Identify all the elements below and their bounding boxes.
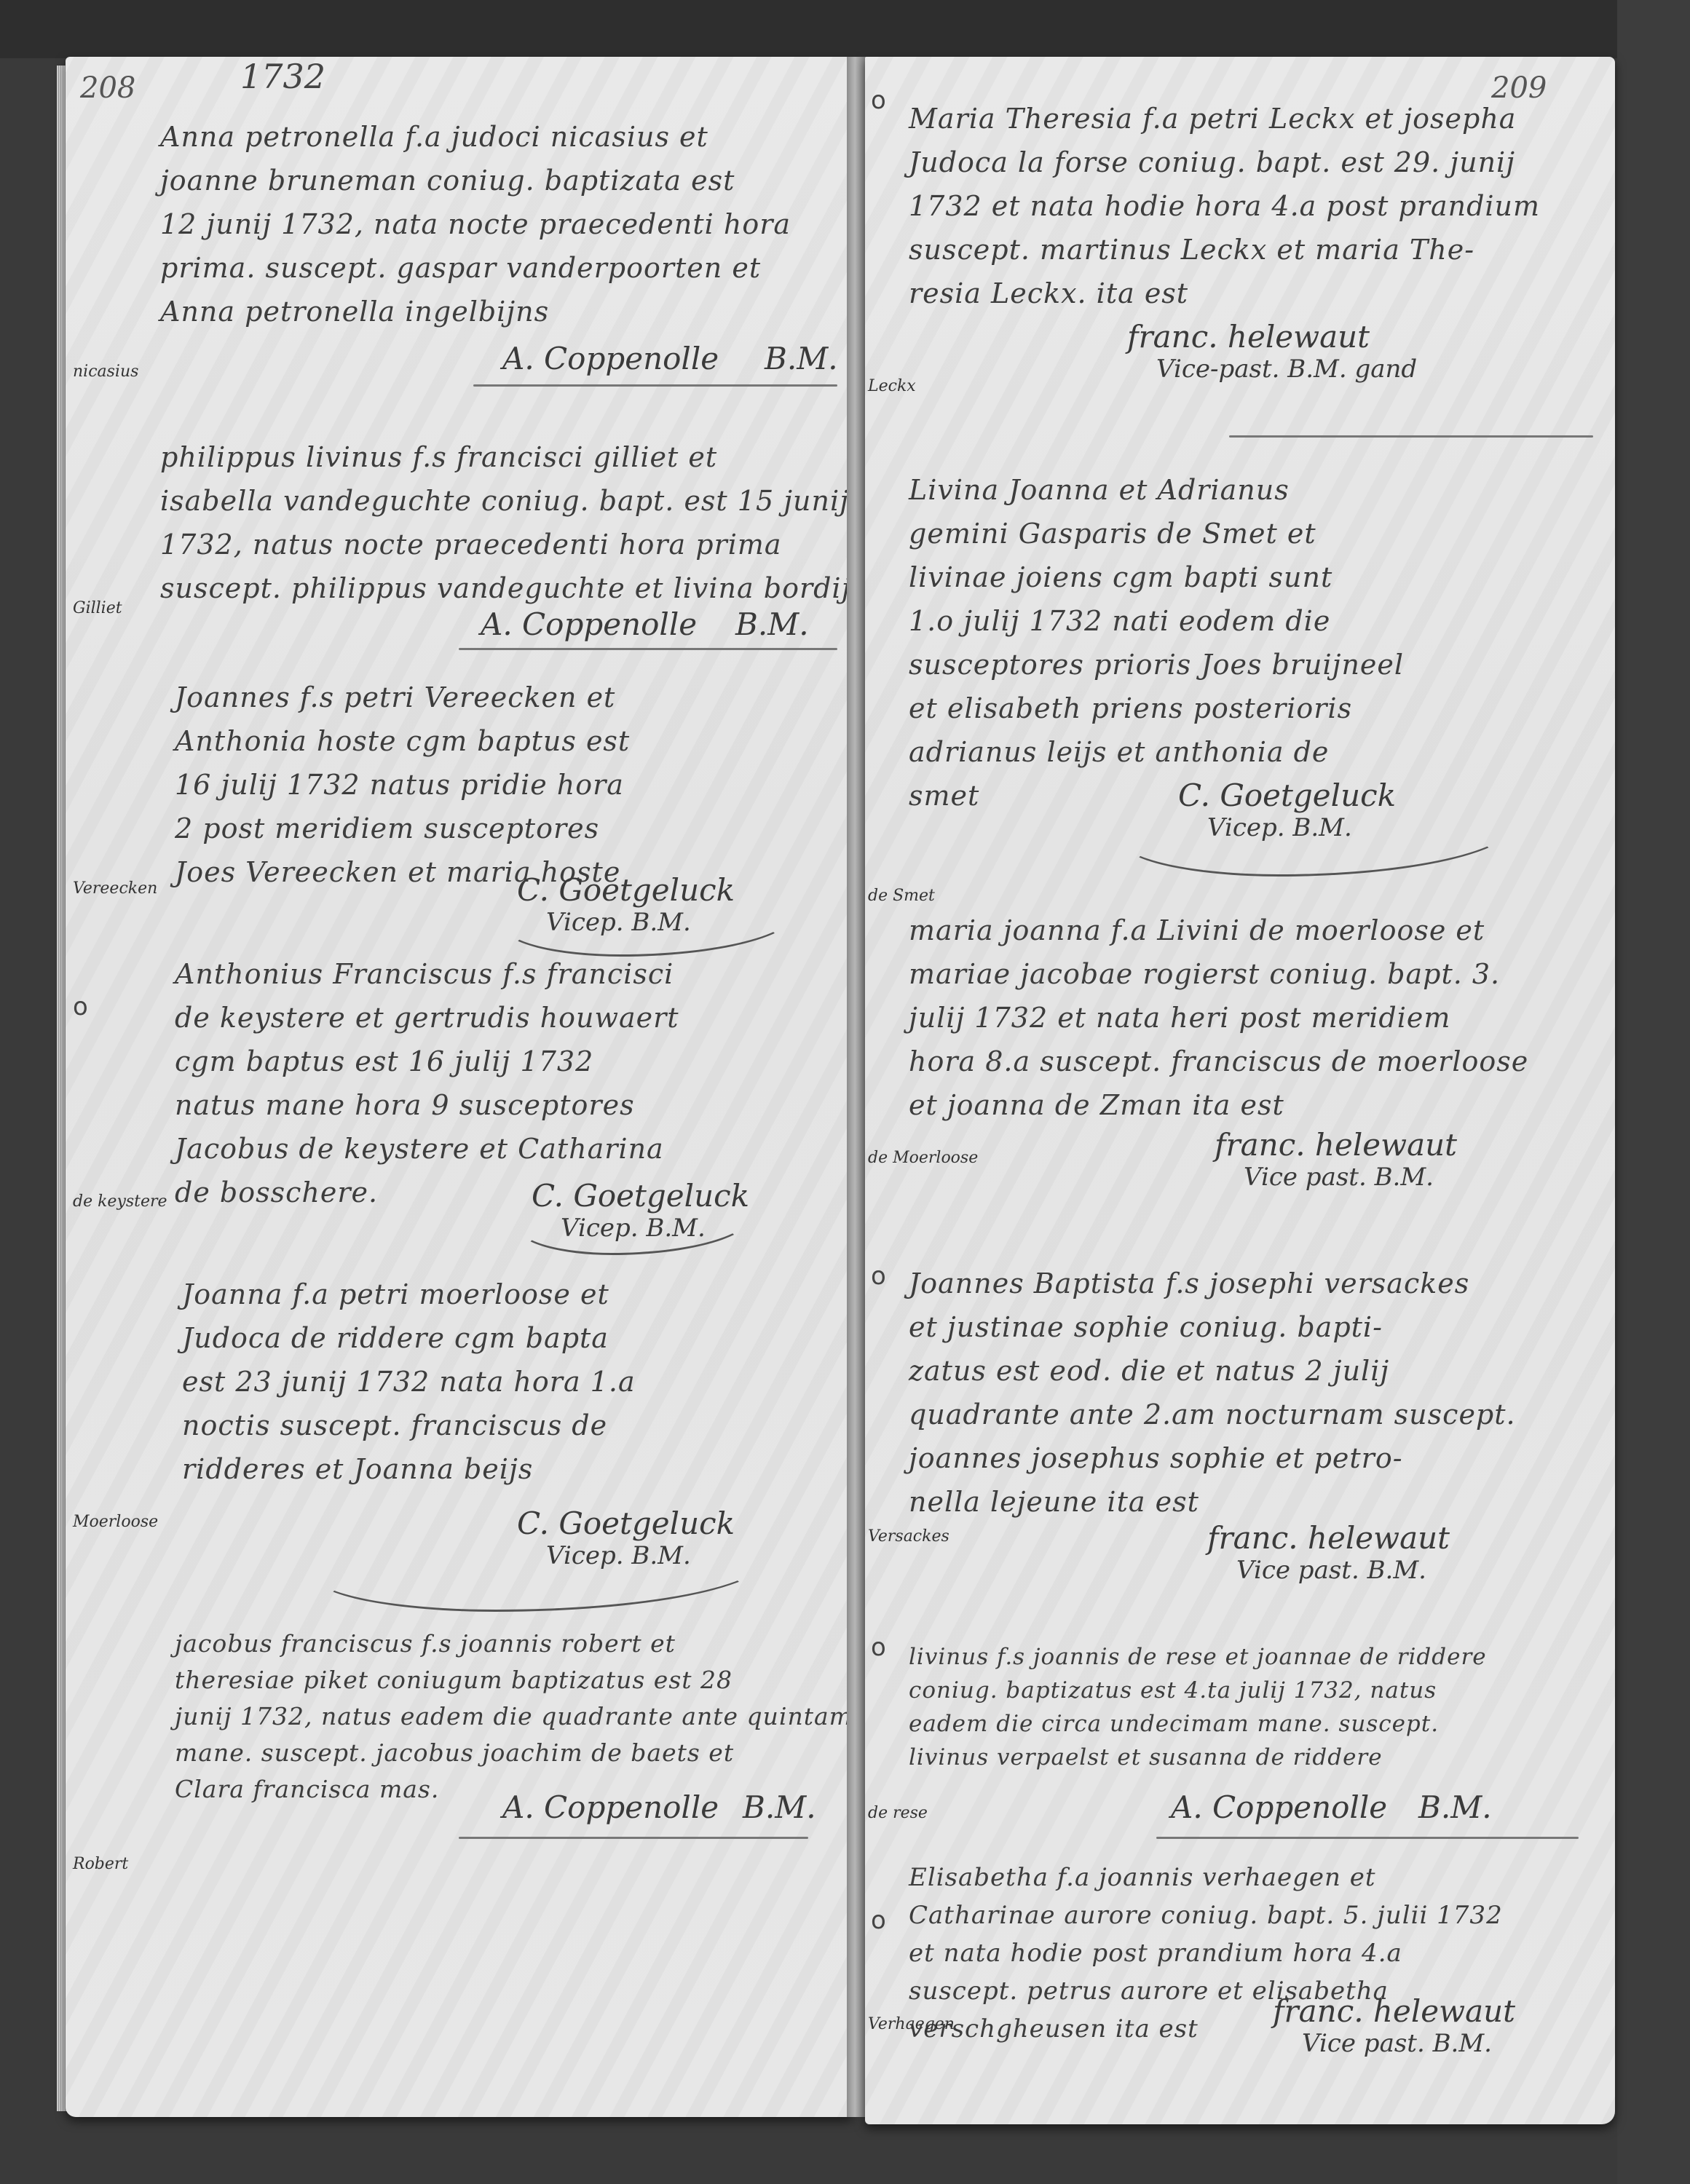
entry-line: Elisabetha f.a joannis verhaegen et bbox=[909, 1859, 1503, 1896]
entry-line: Anthonia hoste cgm baptus est bbox=[175, 719, 630, 763]
entry-line: Jacobus de keystere et Catharina bbox=[175, 1127, 679, 1171]
circle-mark-icon: o bbox=[871, 1633, 886, 1662]
entry-divider bbox=[459, 1837, 808, 1839]
entry-line: Anna petronella f.a judoci nicasius et bbox=[160, 115, 791, 159]
signature-flourish bbox=[517, 1185, 754, 1255]
circle-mark-icon: o bbox=[871, 86, 886, 115]
baptism-entry: Joannes f.s petri Vereecken et Anthonia … bbox=[175, 676, 630, 894]
entry-line: et nata hodie post prandium hora 4.a bbox=[909, 1934, 1503, 1972]
entry-line: theresiae piket coniugum baptizatus est … bbox=[175, 1662, 852, 1698]
entry-line: livinae joiens cgm bapti sunt bbox=[909, 555, 1404, 599]
entry-line: 1732, natus nocte praecedenti hora prima bbox=[160, 523, 852, 566]
entry-line: Joanna f.a petri moerloose et bbox=[182, 1273, 636, 1316]
margin-surname: de Moerloose bbox=[868, 1149, 978, 1167]
priest-signature: franc. helewaut Vice past. B.M. bbox=[1273, 1993, 1515, 2058]
entry-line: Livina Joanna et Adrianus bbox=[909, 468, 1404, 512]
entry-divider bbox=[473, 384, 837, 387]
priest-signature: A. Coppenolle bbox=[502, 341, 719, 376]
circle-mark-icon: o bbox=[871, 1906, 886, 1935]
entry-line: Joannes f.s petri Vereecken et bbox=[175, 676, 630, 719]
entry-line: quadrante ante 2.am nocturnam suscept. bbox=[909, 1393, 1516, 1436]
entry-line: Judoca la forse coniug. bapt. est 29. ju… bbox=[909, 141, 1540, 184]
margin-surname: Vereecken bbox=[73, 879, 157, 898]
entry-line: joanne bruneman coniug. baptizata est bbox=[160, 159, 791, 202]
baptism-entry: jacobus franciscus f.s joannis robert et… bbox=[175, 1626, 852, 1808]
entry-divider bbox=[1156, 1837, 1579, 1839]
entry-line: julij 1732 et nata heri post meridiem bbox=[909, 996, 1528, 1040]
entry-line: 12 junij 1732, nata nocte praecedenti ho… bbox=[160, 202, 791, 246]
entry-line: suscept. philippus vandeguchte et livina… bbox=[160, 566, 852, 610]
margin-surname: de keystere bbox=[73, 1192, 167, 1211]
baptism-entry: philippus livinus f.s francisci gilliet … bbox=[160, 435, 852, 610]
signature-flourish bbox=[502, 879, 798, 957]
entry-line: et justinae sophie coniug. bapti- bbox=[909, 1305, 1516, 1349]
signature-title: B.M. bbox=[743, 1789, 816, 1825]
margin-surname: de rese bbox=[868, 1804, 928, 1822]
priest-signature: A. Coppenolle bbox=[1171, 1789, 1387, 1825]
baptism-entry: Joanna f.a petri moerloose et Judoca de … bbox=[182, 1273, 636, 1491]
baptism-entry: Joannes Baptista f.s josephi versackes e… bbox=[909, 1262, 1516, 1524]
entry-line: philippus livinus f.s francisci gilliet … bbox=[160, 435, 852, 479]
left-page: 208 1732 Anna petronella f.a judoci nica… bbox=[66, 57, 852, 2117]
baptism-entry: Livina Joanna et Adrianus gemini Gaspari… bbox=[909, 468, 1404, 818]
baptism-entry: Maria Theresia f.a petri Leckx et joseph… bbox=[909, 97, 1540, 315]
margin-surname: nicasius bbox=[73, 363, 138, 381]
entry-line: mane. suscept. jacobus joachim de baets … bbox=[175, 1735, 852, 1771]
entry-divider bbox=[1229, 435, 1593, 438]
margin-surname: Robert bbox=[73, 1855, 128, 1873]
entry-line: jacobus franciscus f.s joannis robert et bbox=[175, 1626, 852, 1662]
entry-line: livinus verpaelst et susanna de riddere bbox=[909, 1741, 1487, 1774]
priest-signature: A. Coppenolle bbox=[481, 606, 697, 642]
margin-surname: Verhaegen bbox=[868, 2015, 955, 2033]
entry-line: zatus est eod. die et natus 2 julij bbox=[909, 1349, 1516, 1393]
entry-line: eadem die circa undecimam mane. suscept. bbox=[909, 1707, 1487, 1741]
entry-line: hora 8.a suscept. franciscus de moerloos… bbox=[909, 1040, 1528, 1083]
entry-divider bbox=[459, 648, 837, 650]
entry-line: ridderes et Joanna beijs bbox=[182, 1447, 636, 1491]
entry-line: et elisabeth priens posterioris bbox=[909, 687, 1404, 730]
entry-line: Joannes Baptista f.s josephi versackes bbox=[909, 1262, 1516, 1305]
scanner-backdrop-top bbox=[0, 0, 1690, 58]
entry-line: coniug. baptizatus est 4.ta julij 1732, … bbox=[909, 1674, 1487, 1707]
baptism-entry: Anthonius Franciscus f.s francisci de ke… bbox=[175, 952, 679, 1214]
margin-surname: Gilliet bbox=[73, 599, 122, 617]
entry-line: noctis suscept. franciscus de bbox=[182, 1404, 636, 1447]
entry-line: natus mane hora 9 susceptores bbox=[175, 1083, 679, 1127]
signature-flourish bbox=[313, 1520, 769, 1612]
signature-title: B.M. bbox=[765, 341, 838, 376]
entry-line: et joanna de Zman ita est bbox=[909, 1083, 1528, 1127]
signature-flourish bbox=[1120, 785, 1517, 877]
margin-surname: Versackes bbox=[868, 1527, 949, 1546]
entry-line: suscept. martinus Leckx et maria The- bbox=[909, 228, 1540, 272]
page-number: 208 bbox=[80, 71, 135, 105]
entry-line: joannes josephus sophie et petro- bbox=[909, 1436, 1516, 1480]
margin-surname: Moerloose bbox=[73, 1513, 158, 1531]
entry-line: junij 1732, natus eadem die quadrante an… bbox=[175, 1698, 852, 1735]
baptism-entry: livinus f.s joannis de rese et joannae d… bbox=[909, 1640, 1487, 1774]
entry-line: maria joanna f.a Livini de moerloose et bbox=[909, 909, 1528, 952]
entry-line: Judoca de riddere cgm bapta bbox=[182, 1316, 636, 1360]
year-heading: 1732 bbox=[240, 57, 325, 96]
entry-line: mariae jacobae rogierst coniug. bapt. 3. bbox=[909, 952, 1528, 996]
entry-line: Anthonius Franciscus f.s francisci bbox=[175, 952, 679, 996]
entry-line: livinus f.s joannis de rese et joannae d… bbox=[909, 1640, 1487, 1674]
priest-signature: franc. helewaut Vice past. B.M. bbox=[1207, 1520, 1450, 1585]
entry-line: isabella vandeguchte coniug. bapt. est 1… bbox=[160, 479, 852, 523]
entry-line: 1.o julij 1732 nati eodem die bbox=[909, 599, 1404, 643]
signature-title: B.M. bbox=[1418, 1789, 1492, 1825]
entry-line: Anna petronella ingelbijns bbox=[160, 290, 791, 333]
entry-line: Catharinae aurore coniug. bapt. 5. julii… bbox=[909, 1896, 1503, 1934]
book-gutter bbox=[847, 57, 867, 2117]
baptism-entry: maria joanna f.a Livini de moerloose et … bbox=[909, 909, 1528, 1127]
priest-signature: franc. helewaut Vice past. B.M. bbox=[1215, 1127, 1457, 1192]
entry-line: gemini Gasparis de Smet et bbox=[909, 512, 1404, 555]
entry-line: adrianus leijs et anthonia de bbox=[909, 730, 1404, 774]
entry-line: de keystere et gertrudis houwaert bbox=[175, 996, 679, 1040]
entry-line: nella lejeune ita est bbox=[909, 1480, 1516, 1524]
entry-line: 2 post meridiem susceptores bbox=[175, 807, 630, 850]
entry-line: prima. suscept. gaspar vanderpoorten et bbox=[160, 246, 791, 290]
entry-line: 16 julij 1732 natus pridie hora bbox=[175, 763, 630, 807]
right-page: 209 o Maria Theresia f.a petri Leckx et … bbox=[865, 57, 1615, 2124]
baptism-entry: Anna petronella f.a judoci nicasius et j… bbox=[160, 115, 791, 333]
entry-line: resia Leckx. ita est bbox=[909, 272, 1540, 315]
priest-signature: A. Coppenolle bbox=[502, 1789, 719, 1825]
margin-surname: Leckx bbox=[868, 377, 916, 395]
entry-line: susceptores prioris Joes bruijneel bbox=[909, 643, 1404, 687]
circle-mark-icon: o bbox=[871, 1262, 886, 1291]
signature-title: B.M. bbox=[735, 606, 809, 642]
entry-line: Maria Theresia f.a petri Leckx et joseph… bbox=[909, 97, 1540, 141]
scanner-backdrop-right bbox=[1617, 0, 1690, 2184]
entry-line: 1732 et nata hodie hora 4.a post prandiu… bbox=[909, 184, 1540, 228]
circle-mark-icon: o bbox=[73, 992, 88, 1021]
margin-surname: de Smet bbox=[868, 887, 935, 905]
priest-signature: franc. helewaut Vice-past. B.M. gand bbox=[1127, 319, 1417, 384]
entry-line: cgm baptus est 16 julij 1732 bbox=[175, 1040, 679, 1083]
entry-line: est 23 junij 1732 nata hora 1.a bbox=[182, 1360, 636, 1404]
